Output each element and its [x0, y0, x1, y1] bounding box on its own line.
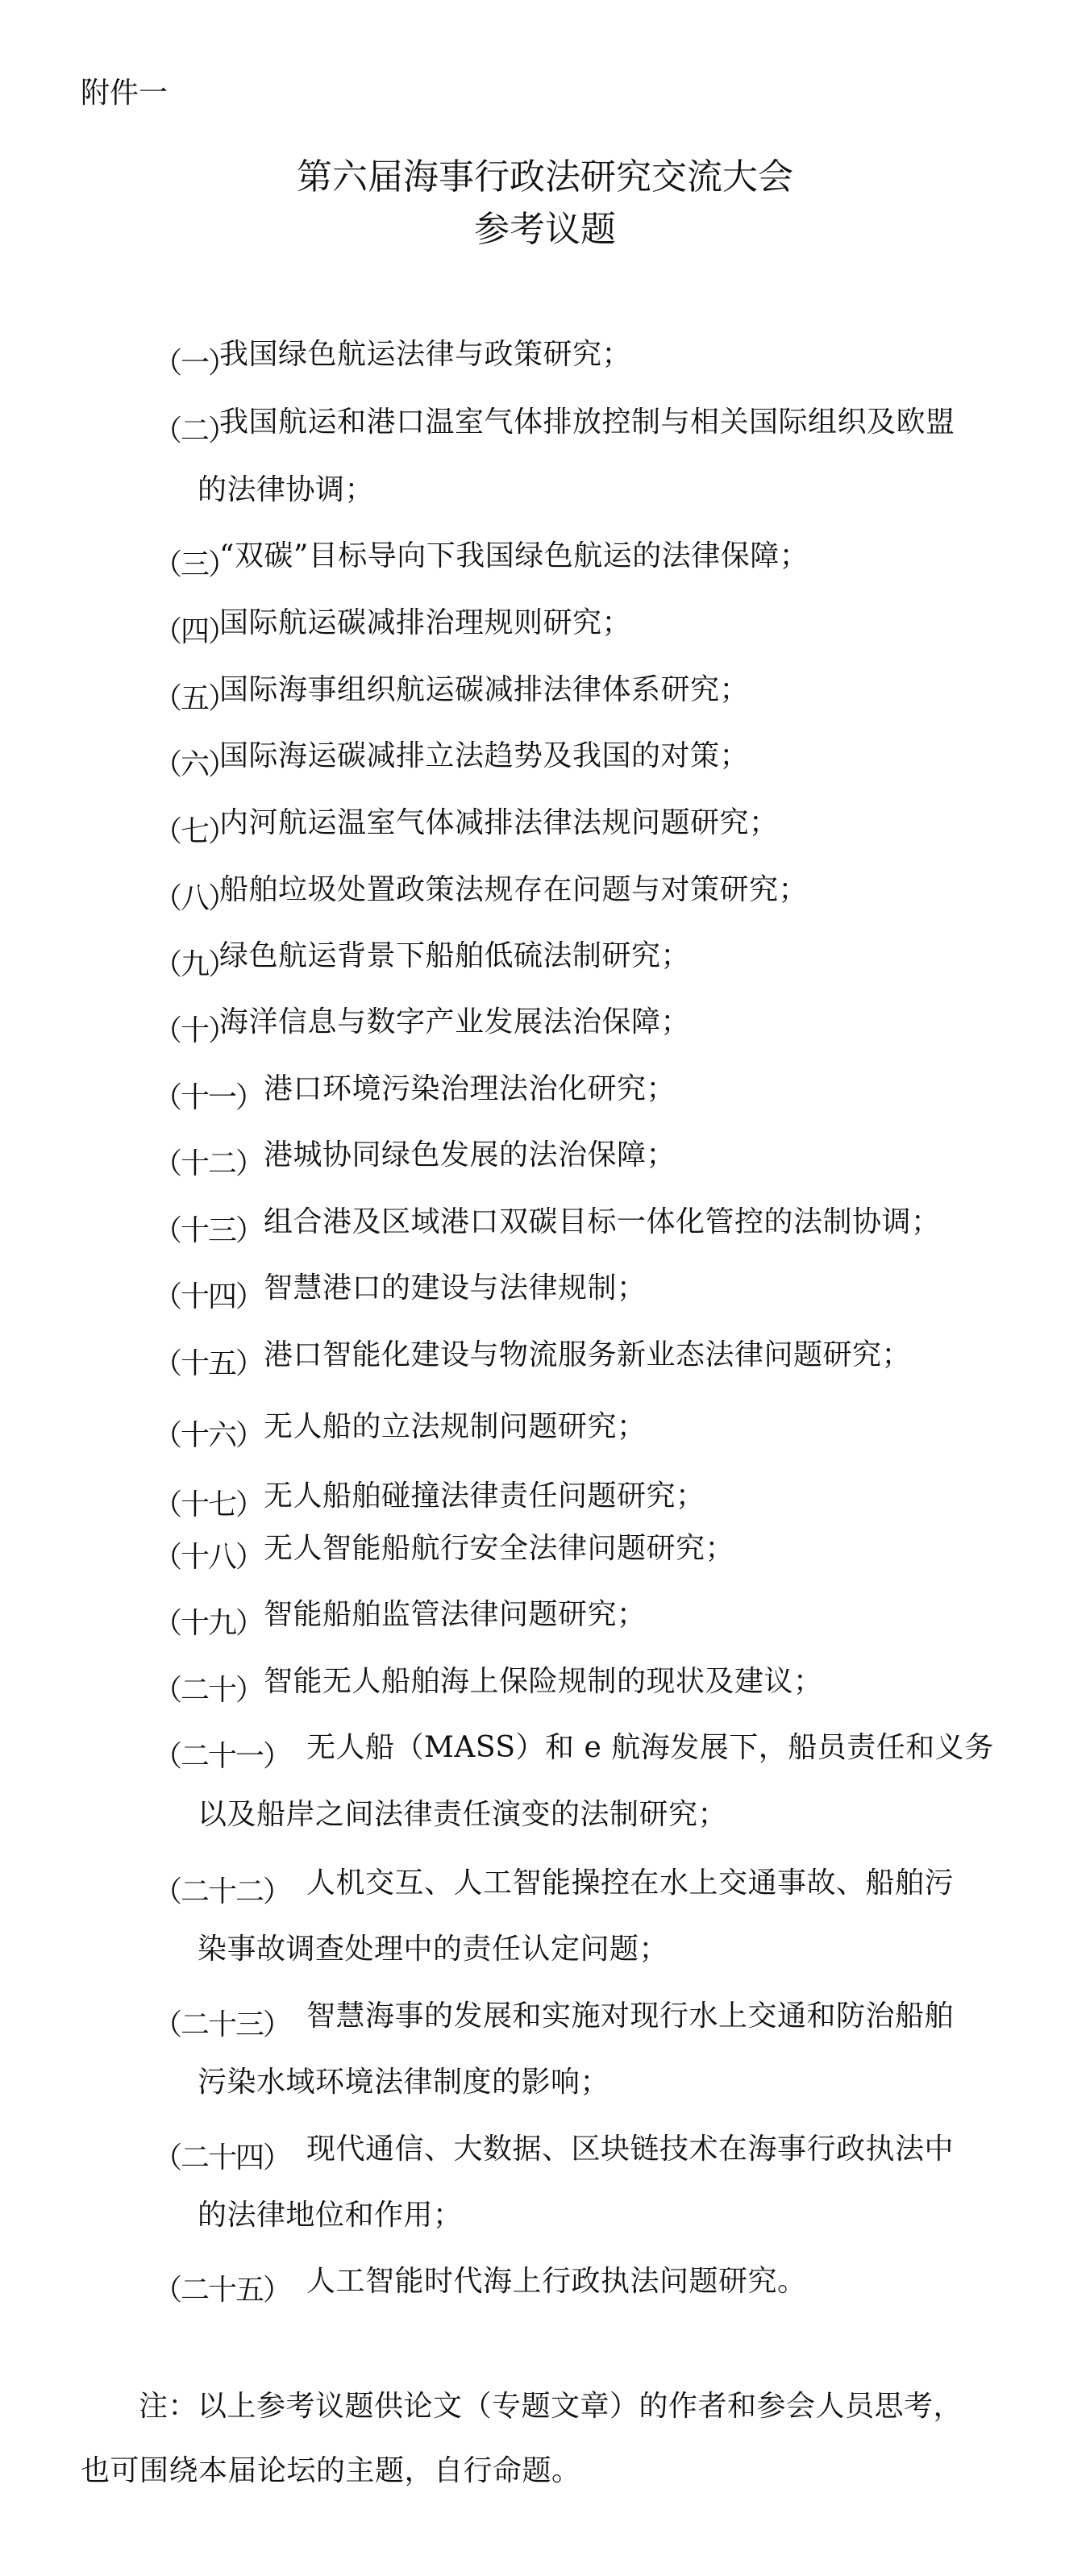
topic-marker: （十四）	[153, 1274, 263, 1315]
topic-text: 港口智能化建设与物流服务新业态法律问题研究；	[264, 1341, 911, 1370]
topic-marker: （二十四）	[153, 2135, 290, 2176]
topic-marker: （十五）	[153, 1341, 263, 1382]
topic-marker: （十七）	[153, 1482, 263, 1523]
topic-text-continuation: 的法律协调；	[198, 476, 374, 505]
topic-text: “双碳”目标导向下我国绿色航运的法律保障；	[219, 542, 809, 571]
topic-text: 海洋信息与数字产业发展法治保障；	[219, 1008, 690, 1037]
topic-text: 国际航运碳减排治理规则研究；	[219, 609, 631, 638]
note-line-2: 也可围绕本届论坛的主题，自行命题。	[81, 2457, 581, 2486]
note-line-1: 注：以上参考议题供论文（专题文章）的作者和参会人员思考，	[139, 2392, 963, 2421]
topic-text: 港城协同绿色发展的法治保障；	[264, 1141, 676, 1170]
topic-text: 人工智能时代海上行政执法问题研究。	[306, 2267, 807, 2296]
topic-marker: （二十五）	[153, 2267, 290, 2308]
topic-text: 智慧海事的发展和实施对现行水上交通和防治船舶	[306, 2002, 954, 2031]
topic-text: 我国航运和港口温室气体排放控制与相关国际组织及欧盟	[219, 408, 955, 437]
topic-text-continuation: 污染水域环境法律制度的影响；	[198, 2068, 609, 2097]
topic-text: 国际海运碳减排立法趋势及我国的对策；	[219, 742, 749, 771]
topic-text: 内河航运温室气体减排法律法规问题研究；	[219, 809, 779, 838]
topic-text: 现代通信、大数据、区块链技术在海事行政执法中	[306, 2135, 954, 2164]
topic-text-continuation: 染事故调查处理中的责任认定问题；	[198, 1935, 668, 1964]
topic-text: 无人船的立法规制问题研究；	[264, 1413, 647, 1442]
topic-text: 无人智能船航行安全法律问题研究；	[264, 1534, 734, 1563]
attachment-label: 附件一	[81, 79, 168, 108]
topic-text-continuation: 以及船岸之间法律责任演变的法制研究；	[198, 1800, 727, 1829]
topic-text: 智能船舶监管法律问题研究；	[264, 1600, 647, 1629]
topic-marker: （十六）	[153, 1413, 263, 1454]
topic-marker: （二十）	[153, 1667, 263, 1708]
document-subtitle: 参考议题	[0, 212, 1090, 248]
topic-marker: （十三）	[153, 1208, 263, 1249]
topic-marker: （二十三）	[153, 2002, 290, 2043]
topic-text: 港口环境污染治理法治化研究；	[264, 1075, 676, 1104]
topic-text: 船舶垃圾处置政策法规存在问题与对策研究；	[219, 876, 808, 905]
topic-marker: （十二）	[153, 1141, 263, 1182]
topic-text: 人机交互、人工智能操控在水上交通事故、船舶污	[306, 1869, 954, 1898]
topic-text: 智慧港口的建设与法律规制；	[264, 1274, 647, 1303]
topic-text: 绿色航运背景下船舶低硫法制研究；	[219, 942, 690, 971]
topic-marker: （十八）	[153, 1534, 263, 1575]
document-title: 第六届海事行政法研究交流大会	[0, 160, 1090, 195]
topic-marker: （二十一）	[153, 1733, 290, 1775]
topic-text-continuation: 的法律地位和作用；	[198, 2201, 463, 2230]
topic-text: 我国绿色航运法律与政策研究；	[219, 340, 631, 369]
topic-text: 国际海事组织航运碳减排法律体系研究；	[219, 676, 749, 705]
topic-text: 智能无人船舶海上保险规制的现状及建议；	[264, 1667, 823, 1696]
topic-text: 无人船舶碰撞法律责任问题研究；	[264, 1482, 705, 1511]
topic-text: 无人船（MASS）和 e 航海发展下，船员责任和义务	[306, 1733, 994, 1762]
topic-marker: （十一）	[153, 1075, 263, 1116]
topic-marker: （十九）	[153, 1600, 263, 1642]
topic-marker: （二十二）	[153, 1869, 290, 1910]
topic-text: 组合港及区域港口双碳目标一体化管控的法制协调；	[264, 1208, 941, 1237]
